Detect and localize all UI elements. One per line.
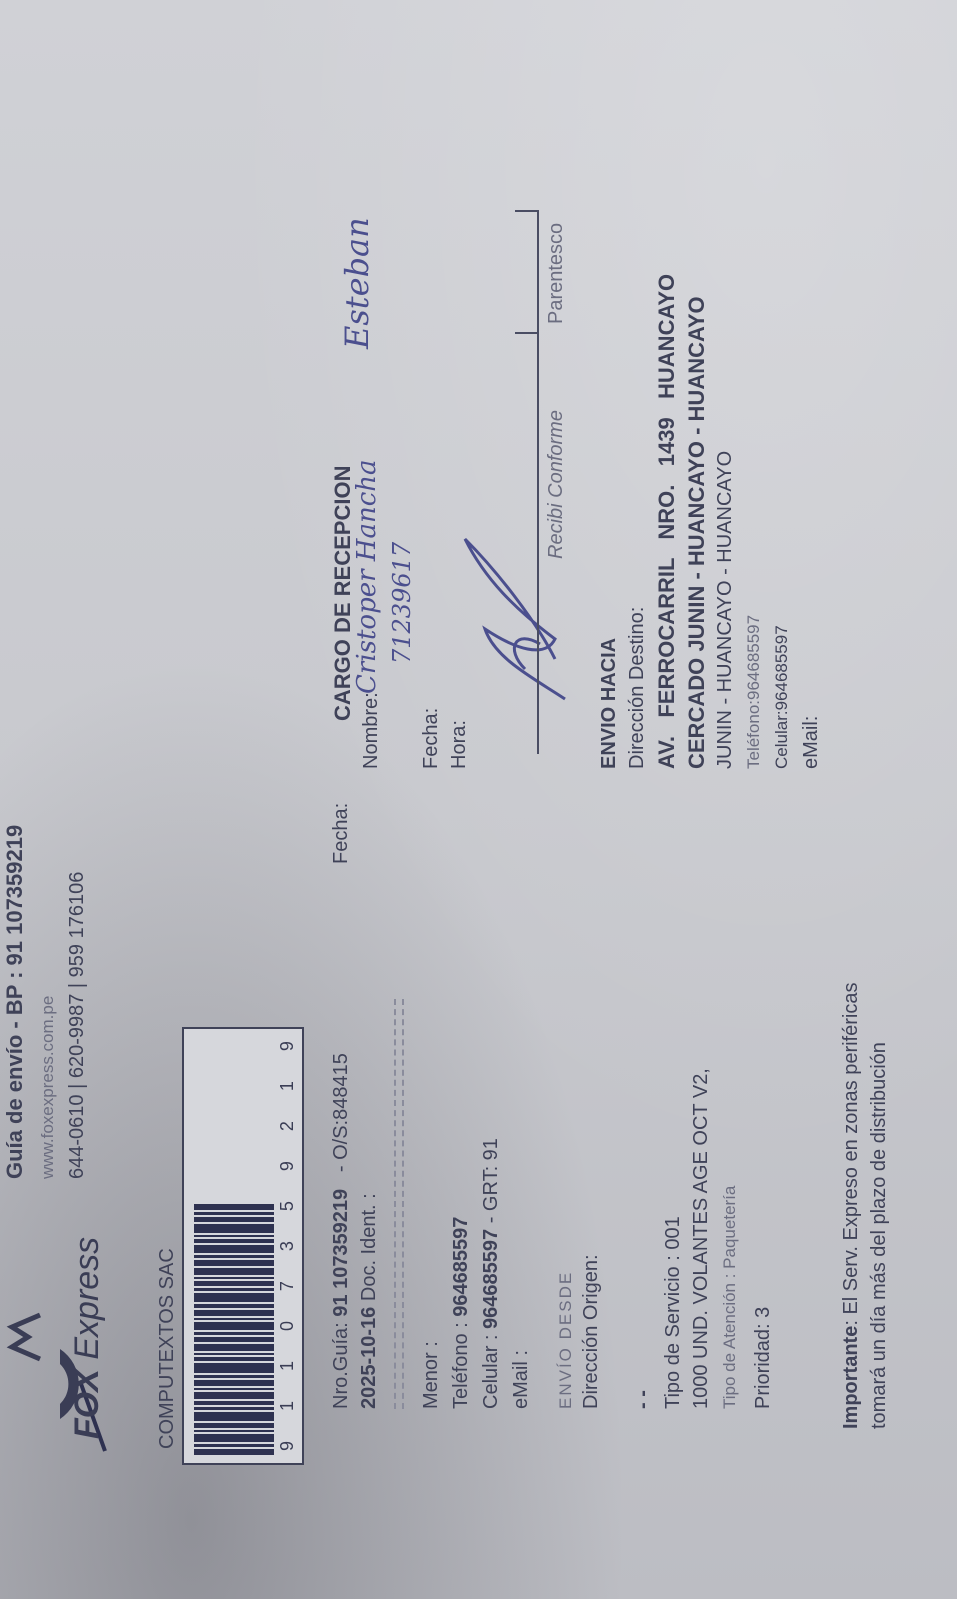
destination-email-label: eMail: [800,716,823,769]
destination-line-2: CERCADO JUNIN - HUANCAYO - HUANCAYO [684,296,710,769]
shipping-guide-document: FOX Express Guía de envío - BP : 91 1073… [0,0,957,1599]
menor-label: Menor : [420,1341,443,1409]
logo-wordmark: FOX Express [68,1237,107,1439]
barcode-bars [194,1037,274,1455]
phone-value: 964685597 [450,1217,472,1317]
recibi-conforme-label: Recibi Conforme [545,410,568,559]
contact-phones: 644-0610 | 620-9987 | 959 176106 [66,872,89,1179]
barcode-digit: 1 [277,1081,298,1091]
reception-name-label: Nombre: [360,692,383,769]
important-label: Importante [840,1326,862,1429]
destination-phone: Teléfono:964685597 [744,615,764,769]
cell-label: Celular : [480,1335,502,1409]
destination-cell: Celular:964685597 [772,625,792,769]
package-contents: 1000 UND. VOLANTES AGE OCT V2, [690,1068,713,1409]
logo-fox: FOX [68,1369,106,1439]
important-text: : El Serv. Expreso en zonas periféricas [840,983,862,1326]
website-link: www.foxexpress.com.pe [38,996,58,1179]
signature-line [537,334,539,754]
sender-email-label: eMail : [510,1350,533,1409]
barcode-digit: 9 [277,1161,298,1171]
reception-date-label: Fecha: [420,708,443,769]
destination-line-3: JUNIN - HUANCAYO - HUANCAYO [714,451,737,769]
fecha-label: Fecha: [330,803,353,864]
destination-address-label: Dirección Destino: [626,607,649,769]
dotted-separator [394,999,396,1409]
os-number: - O/S:848415 [330,1053,352,1172]
shipment-date: 2025-10-16 [358,1307,380,1409]
destination-heading: ENVIO HACIA [598,638,621,769]
barcode-digit: 0 [277,1321,298,1331]
origin-dashes: - - [632,1390,655,1409]
sender-phone-row: Teléfono : 964685597 [450,1217,473,1409]
destination-line-1: AV. FERROCARRIL NRO. 1439 HUANCAYO [654,274,680,769]
important-note: Importante: El Serv. Expreso en zonas pe… [840,983,863,1429]
envio-desde-heading: ENVÍO DESDE [556,1271,576,1409]
guide-number-value: 91 107359219 [330,1189,352,1317]
barcode-digit: 2 [277,1121,298,1131]
barcode-digit: 1 [277,1361,298,1371]
important-note-line2: tomará un día más del plazo de distribuc… [868,1042,891,1429]
guide-number-label: Nro.Guía: [330,1322,352,1409]
tracking-barcode: 91107359219 [182,1027,304,1465]
handwritten-name: Cristoper Hancha [352,459,382,694]
dotted-separator [402,999,404,1409]
barcode-digit: 5 [277,1201,298,1211]
parentesco-box [515,210,539,334]
origin-address-label: Dirección Origen: [580,1254,603,1409]
barcode-digit: 1 [277,1401,298,1411]
reception-time-label: Hora: [448,720,471,769]
parentesco-label: Parentesco [545,223,568,324]
barcode-digits: 91107359219 [277,1041,298,1451]
grt-value: - GRT: 91 [480,1138,502,1223]
phone-label: Teléfono : [450,1322,472,1409]
guide-number-row: Nro.Guía: 91 107359219 - O/S:848415 [330,1053,353,1409]
barcode-digit: 9 [277,1041,298,1051]
guide-title: Guía de envío - BP : 91 107359219 [2,825,28,1179]
sender-cell-row: Celular : 964685597 - GRT: 91 [480,1138,503,1409]
cell-value: 964685597 [480,1229,502,1329]
logo-express: Express [68,1237,106,1360]
date-doc-row: 2025-10-16 Doc. Ident. : [358,1193,381,1409]
barcode-digit: 7 [277,1281,298,1291]
barcode-digit: 9 [277,1441,298,1451]
barcode-digit: 3 [277,1241,298,1251]
service-type: Tipo de Servicio : 001 [662,1216,685,1409]
priority: Prioridad: 3 [752,1307,775,1409]
doc-ident-label: Doc. Ident. : [358,1193,380,1301]
handwritten-dni: 71239617 [388,542,416,664]
handwritten-name-2: Esteban [338,217,376,349]
sender-company: COMPUTEXTOS SAC [156,1248,179,1449]
attention-type: Tipo de Atención : Paquetería [720,1186,740,1409]
